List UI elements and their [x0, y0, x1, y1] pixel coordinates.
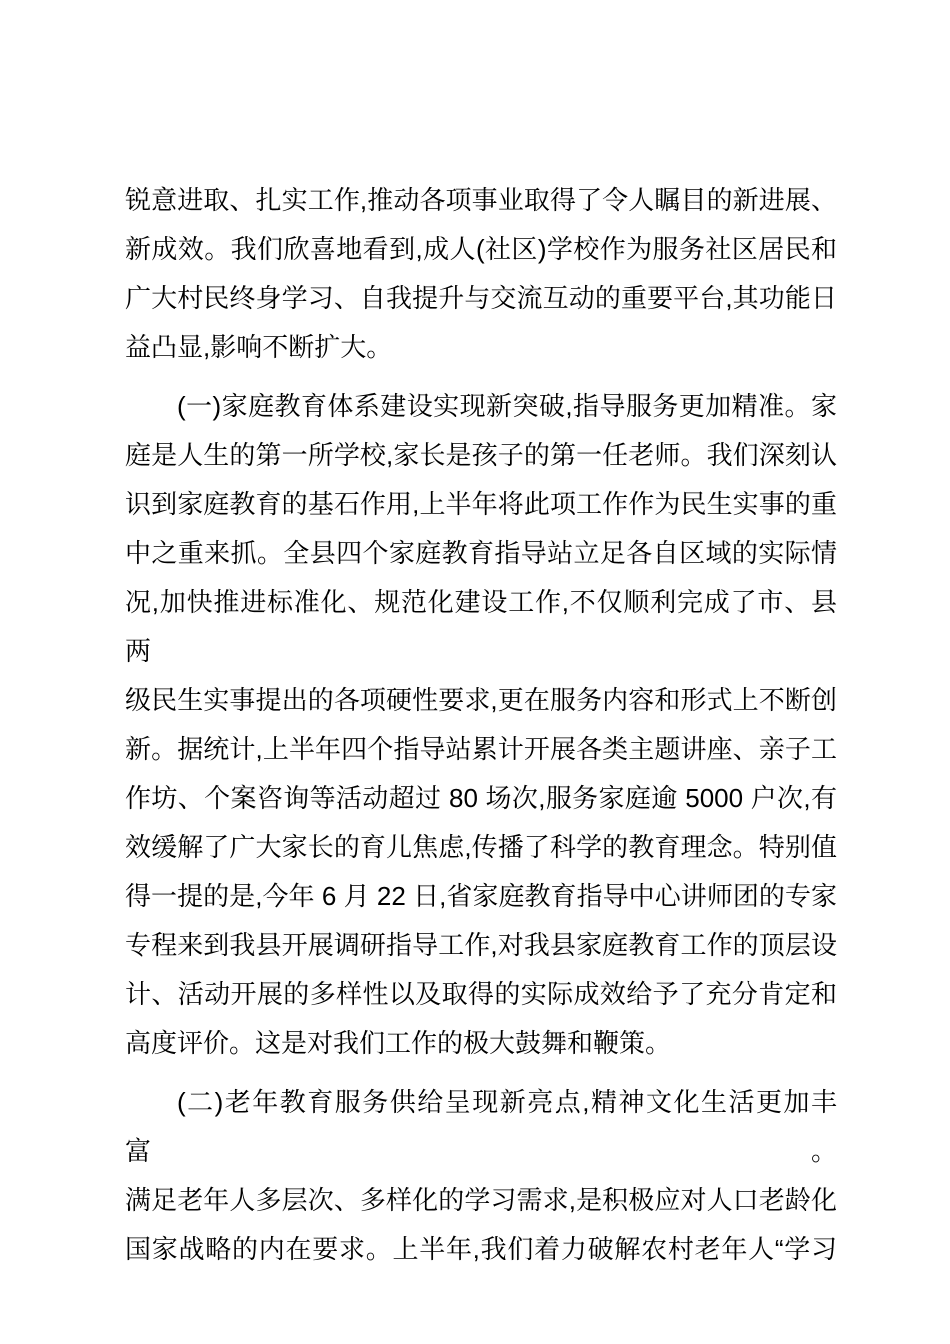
text-line: 专程来到我县开展调研指导工作,对我县家庭教育工作的顶层设 [125, 921, 837, 970]
text-line: 广大村民终身学习、自我提升与交流互动的重要平台,其功能日 [125, 274, 837, 323]
text-line: 益凸显,影响不断扩大。 [125, 323, 837, 372]
text-line: 满足老年人多层次、多样化的学习需求,是积极应对人口老龄化 [125, 1176, 837, 1225]
text-line: 国家战略的内在要求。上半年,我们着力破解农村老年人“学习 [125, 1225, 837, 1274]
text-line: 新。据统计,上半年四个指导站累计开展各类主题讲座、亲子工 [125, 725, 837, 774]
text-line: 况,加快推进标准化、规范化建设工作,不仅顺利完成了市、县两 [125, 578, 837, 676]
paragraph: 锐意进取、扎实工作,推动各项事业取得了令人瞩目的新进展、新成效。我们欣喜地看到,… [125, 176, 837, 372]
text-line: 锐意进取、扎实工作,推动各项事业取得了令人瞩目的新进展、 [125, 176, 837, 225]
text-line: 效缓解了广大家长的育儿焦虑,传播了科学的教育理念。特别值 [125, 823, 837, 872]
paragraph: (二)老年教育服务供给呈现新亮点,精神文化生活更加丰富。满足老年人多层次、多样化… [125, 1078, 837, 1274]
text-line: 作坊、个案咨询等活动超过 80 场次,服务家庭逾 5000 户次,有 [125, 774, 837, 823]
text-line: 识到家庭教育的基石作用,上半年将此项工作作为民生实事的重 [125, 480, 837, 529]
text-line: 计、活动开展的多样性以及取得的实际成效给予了充分肯定和 [125, 970, 837, 1019]
text-line: (二)老年教育服务供给呈现新亮点,精神文化生活更加丰富。 [125, 1078, 837, 1176]
text-line: 庭是人生的第一所学校,家长是孩子的第一任老师。我们深刻认 [125, 431, 837, 480]
text-line: 得一提的是,今年 6 月 22 日,省家庭教育指导中心讲师团的专家 [125, 872, 837, 921]
text-line: 中之重来抓。全县四个家庭教育指导站立足各自区域的实际情 [125, 529, 837, 578]
text-line: 级民生实事提出的各项硬性要求,更在服务内容和形式上不断创 [125, 676, 837, 725]
text-line: (一)家庭教育体系建设实现新突破,指导服务更加精准。家 [125, 382, 837, 431]
document-body: 锐意进取、扎实工作,推动各项事业取得了令人瞩目的新进展、新成效。我们欣喜地看到,… [125, 176, 837, 1274]
text-line: 新成效。我们欣喜地看到,成人(社区)学校作为服务社区居民和 [125, 225, 837, 274]
paragraph: (一)家庭教育体系建设实现新突破,指导服务更加精准。家庭是人生的第一所学校,家长… [125, 382, 837, 1068]
text-line: 高度评价。这是对我们工作的极大鼓舞和鞭策。 [125, 1019, 837, 1068]
document-page: 锐意进取、扎实工作,推动各项事业取得了令人瞩目的新进展、新成效。我们欣喜地看到,… [0, 0, 950, 1344]
